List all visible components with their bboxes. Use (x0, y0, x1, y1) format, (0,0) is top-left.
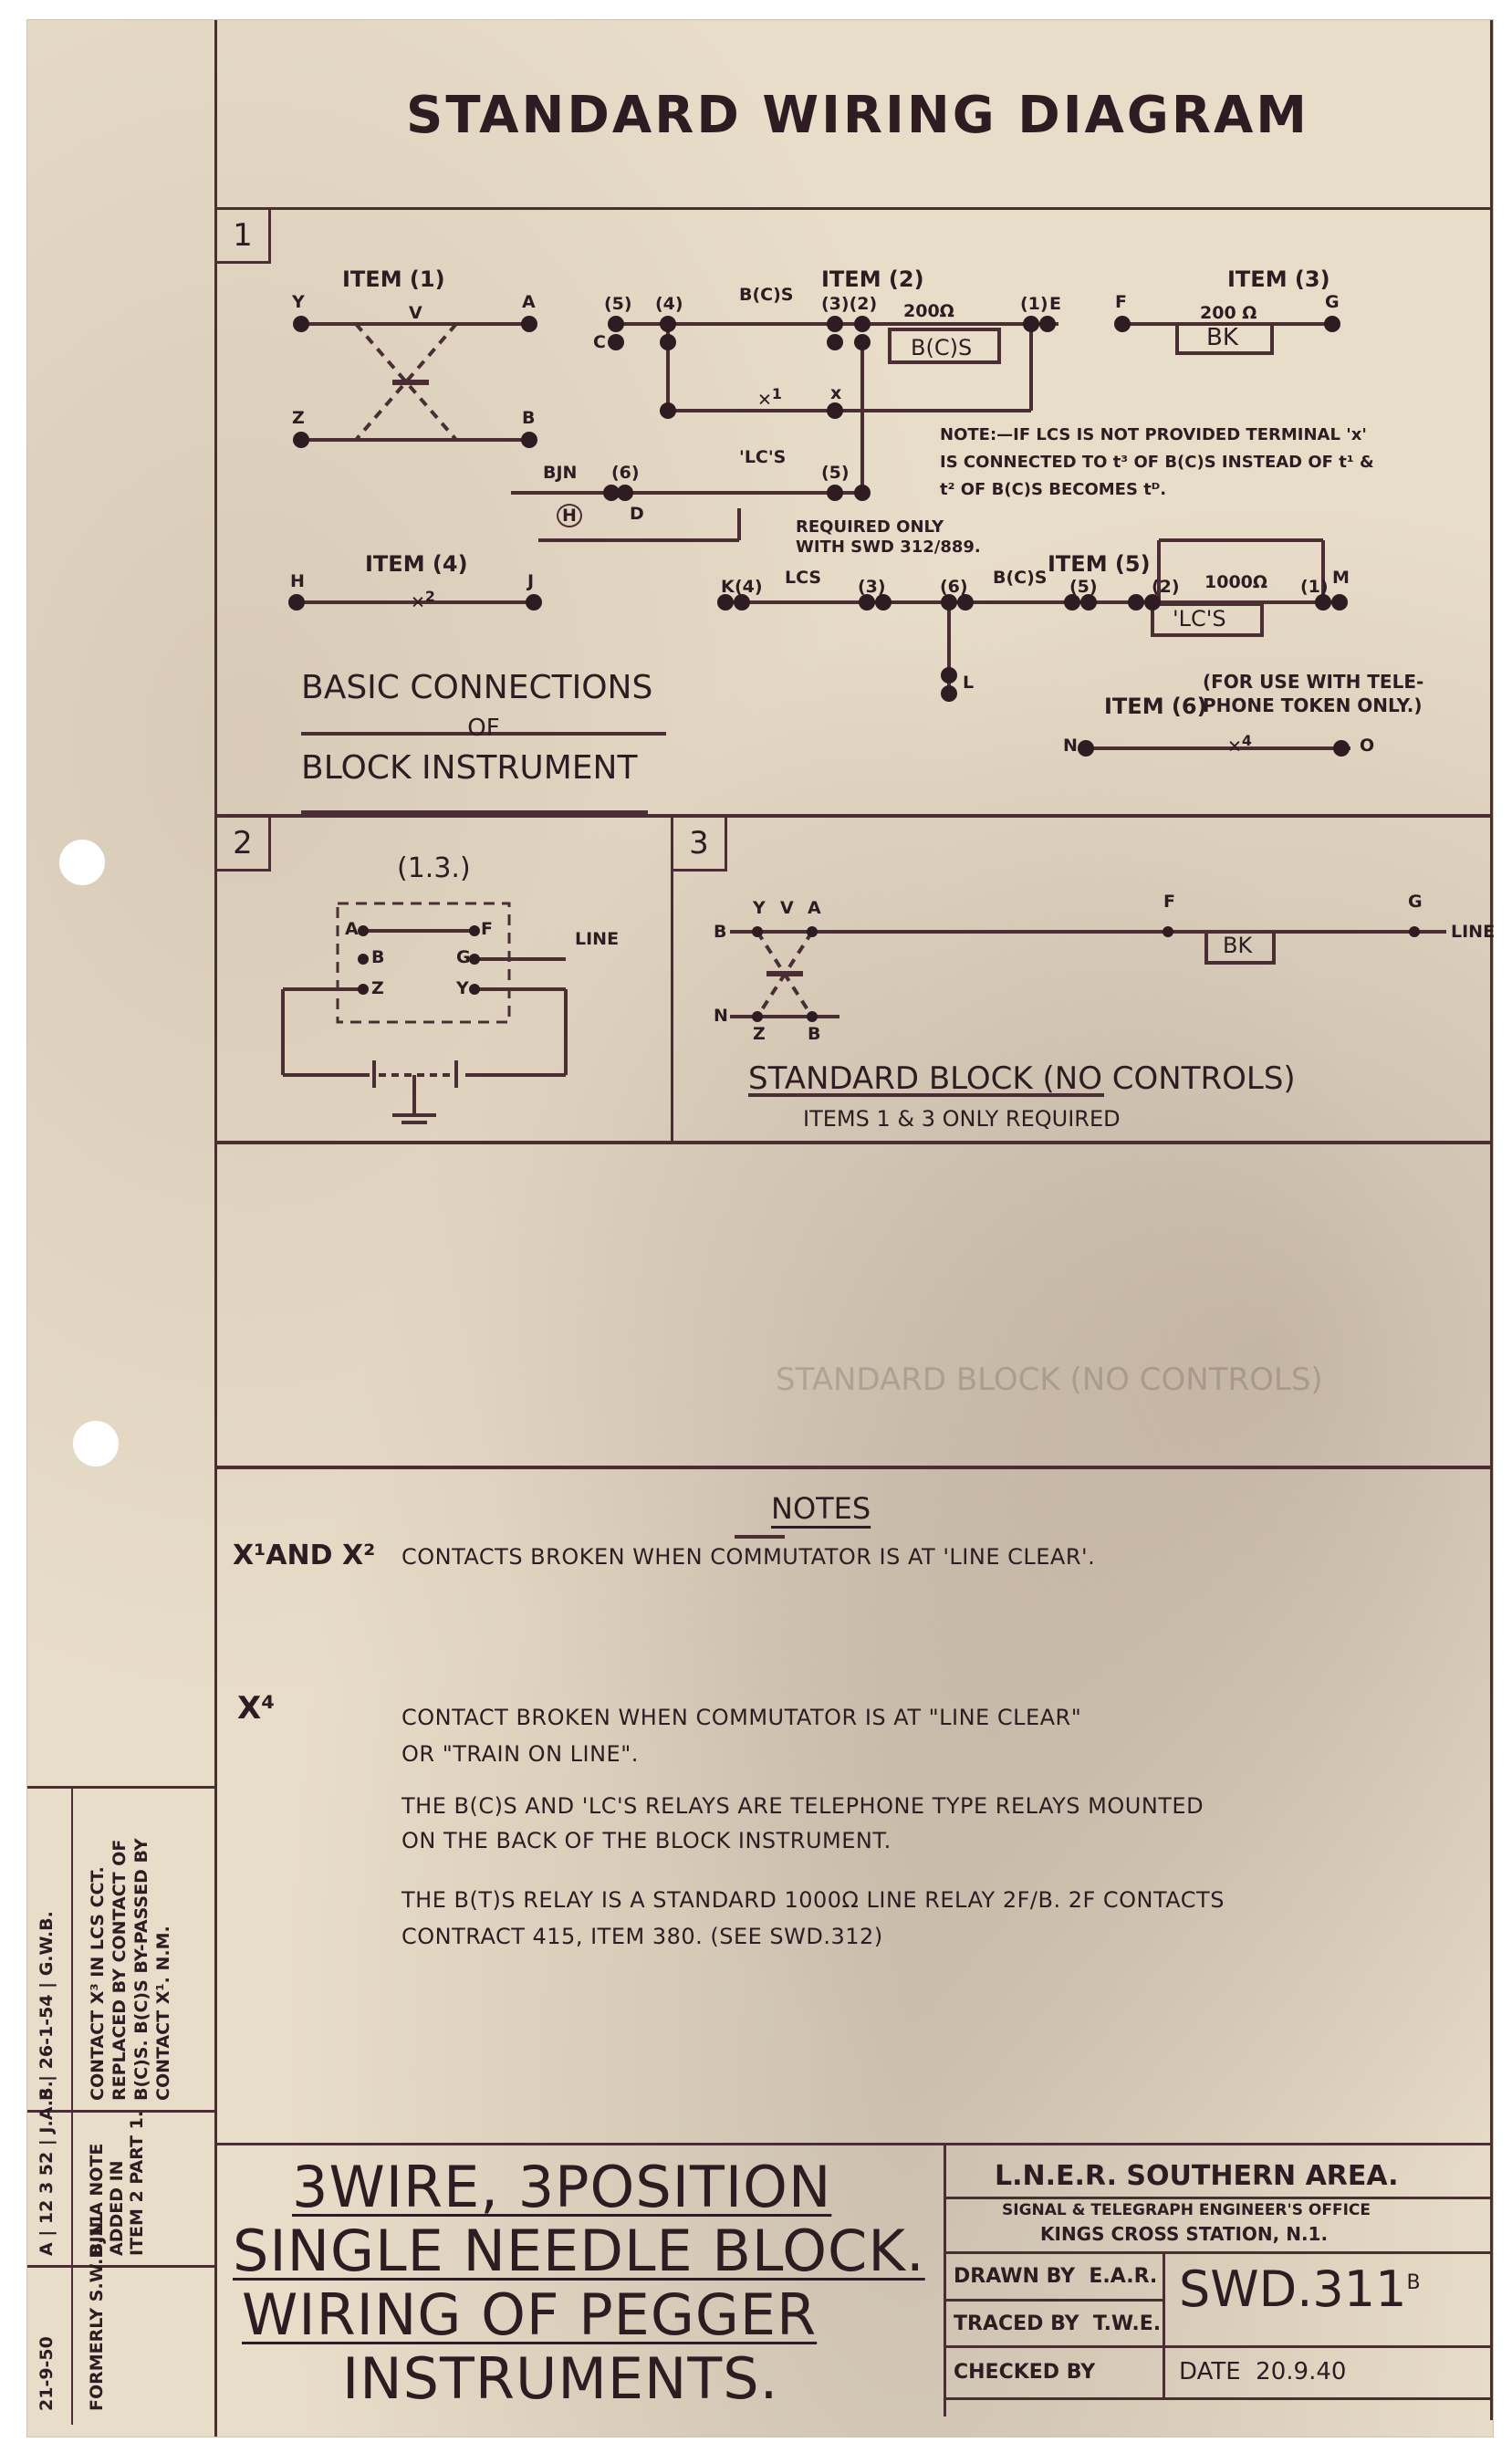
x4-label: ✕4 (1227, 732, 1252, 757)
terminal-label: B (522, 408, 535, 428)
organization: L.N.E.R. SOUTHERN AREA. (995, 2160, 1399, 2192)
drawn-by: DRAWN BY E.A.R. (954, 2265, 1157, 2288)
office-line-2: KINGS CROSS STATION, N.1. (1040, 2223, 1328, 2245)
relay-box-label: BK (1223, 933, 1252, 958)
tb-divider (944, 2345, 1491, 2348)
terminal-label: Y (292, 292, 305, 312)
x1-label: ✕1 (757, 385, 782, 410)
relay-label: B(C)S (739, 285, 793, 305)
contact-number: (3)(2) (821, 294, 877, 314)
panel2-label: (1.3.) (397, 852, 471, 884)
relay-box-label: BK (1206, 324, 1238, 351)
item2-label: ITEM (2) (821, 266, 924, 292)
wiring-diagram (27, 20, 1493, 2437)
x2-label: ✕2 (411, 588, 435, 612)
contact-number: (3) (858, 577, 886, 597)
terminal-label: F (481, 919, 493, 939)
panel1-caption: BASIC CONNECTIONS OF BLOCK INSTRUMENT (301, 668, 666, 788)
tb-divider (944, 2197, 1491, 2199)
tb-divider (944, 2397, 1491, 2400)
terminal-label: Y (753, 898, 766, 918)
resistance-label: 200 Ω (1200, 303, 1257, 323)
terminal-label: A (522, 292, 536, 312)
item3-label: ITEM (3) (1227, 266, 1330, 292)
terminal-label: E (1049, 294, 1061, 314)
relay-label: B(C)S (993, 568, 1047, 588)
relay-box-label: B(C)S (911, 335, 972, 360)
contact-number: (1) (1020, 294, 1048, 314)
item4-label: ITEM (4) (365, 551, 468, 577)
traced-by: TRACED BY T.W.E. (954, 2312, 1161, 2335)
terminal-label: F (1163, 892, 1175, 912)
item6-note: (FOR USE WITH TELE-PHONE TOKEN ONLY.) (1203, 670, 1423, 717)
rev-divider (71, 1786, 73, 2425)
contact-label: V (409, 303, 422, 323)
terminal-label: O (1360, 736, 1374, 756)
terminal-label: Y (456, 978, 469, 998)
contact-number: (5) (1069, 577, 1098, 597)
drawing-date: DATE 20.9.40 (1179, 2358, 1346, 2385)
tb-divider (944, 2251, 1491, 2254)
terminal-label: L (963, 673, 974, 693)
tb-divider (944, 2299, 1163, 2302)
contact-number: K (721, 577, 735, 597)
relay-label: LCS (785, 568, 821, 588)
terminal-label: M (1332, 568, 1350, 588)
resistance-label: 1000Ω (1204, 572, 1267, 592)
relay-box-label: 'LC'S (1173, 606, 1226, 632)
note-x12-prefix: X¹AND X² (233, 1540, 375, 1571)
required-note: REQUIRED ONLYWITH SWD 312/889. (796, 517, 981, 558)
terminal-label: N (714, 1006, 728, 1026)
notes-heading: NOTES (771, 1491, 871, 1526)
panel-number: 3 (673, 818, 727, 872)
contact-number: (4) (655, 294, 683, 314)
contact-number: (6) (611, 463, 640, 483)
note-relays: THE B(C)S AND 'LC'S RELAYS ARE TELEPHONE… (401, 1789, 1204, 1858)
drawing-number: SWD.311B (1179, 2260, 1421, 2318)
revision-text: CONTACT X³ IN LCS CCT. REPLACED BY CONTA… (87, 1800, 174, 2101)
terminal-label: C (593, 332, 606, 352)
terminal-label: G (1408, 892, 1423, 912)
faded-caption: STANDARD BLOCK (NO CONTROLS) (776, 1362, 1323, 1398)
terminal-label: V (780, 898, 794, 918)
contact-number: (1) (1300, 577, 1329, 597)
panel-number: 2 (217, 818, 271, 872)
terminal-label: G (456, 947, 471, 967)
terminal-label: F (1115, 292, 1127, 312)
revision-date: B | 26-1-54 | G.W.B. (36, 1911, 57, 2101)
rev-divider (27, 2265, 214, 2268)
line-label: LINE (1451, 922, 1495, 942)
terminal-label: Z (292, 408, 305, 428)
drawing-title: 3WIRE, 3POSITION SINGLE NEEDLE BLOCK. WI… (233, 2156, 925, 2411)
revision-text: BJN A NOTE ADDED IN ITEM 2 PART 1. (87, 2110, 147, 2256)
terminal-label: Z (753, 1024, 766, 1044)
drawing-sheet: STANDARD WIRING DIAGRAM 1 (27, 20, 1493, 2437)
resistance-label: 200Ω (903, 301, 954, 321)
note-bts-relay: THE B(T)S RELAY IS A STANDARD 1000Ω LINE… (401, 1882, 1225, 1955)
terminal-label: A (345, 919, 359, 939)
checked-by: CHECKED BY (954, 2361, 1095, 2384)
item5-label: ITEM (5) (1048, 551, 1151, 577)
contact-number: (4) (735, 577, 763, 597)
revision-date: 21-9-50 (36, 2336, 57, 2411)
terminal-label: B (371, 947, 384, 967)
contact-number: (6) (940, 577, 968, 597)
terminal-label: J (527, 571, 534, 591)
rev-divider (27, 1786, 214, 1789)
note-x12-text: CONTACTS BROKEN WHEN COMMUTATOR IS AT 'L… (401, 1544, 1095, 1570)
terminal-label: G (1325, 292, 1340, 312)
note-x4-prefix: X⁴ (237, 1690, 275, 1727)
bjn-label: BJN (543, 463, 577, 483)
note-x4-text: CONTACT BROKEN WHEN COMMUTATOR IS AT "LI… (401, 1699, 1081, 1772)
terminal-label: B (808, 1024, 820, 1044)
tb-divider (1163, 2251, 1165, 2397)
terminal-label: A (808, 898, 821, 918)
terminal-label: H (290, 571, 305, 591)
terminal-label: B (714, 922, 726, 942)
item6-label: ITEM (6) (1104, 694, 1207, 719)
contact-number: (5) (821, 463, 850, 483)
lcs-note: NOTE:—IF LCS IS NOT PROVIDED TERMINAL 'x… (940, 422, 1374, 504)
h-terminal: H (557, 504, 582, 527)
contact-number: (5) (604, 294, 632, 314)
office-line-1: SIGNAL & TELEGRAPH ENGINEER'S OFFICE (1002, 2201, 1371, 2219)
terminal-label: N (1063, 736, 1078, 756)
terminal-label: Z (371, 978, 384, 998)
item1-label: ITEM (1) (342, 266, 445, 292)
line-label: LINE (575, 929, 619, 949)
lcs-label: 'LC'S (739, 447, 786, 467)
panel3-caption: STANDARD BLOCK (NO CONTROLS) (748, 1060, 1296, 1097)
terminal-label: D (630, 504, 644, 524)
revision-date: A | 12 3 52 | J.A.S. (36, 2081, 57, 2256)
panel3-subcaption: ITEMS 1 & 3 ONLY REQUIRED (803, 1106, 1121, 1132)
x-terminal: x (830, 383, 841, 403)
contact-number: (2) (1152, 577, 1180, 597)
